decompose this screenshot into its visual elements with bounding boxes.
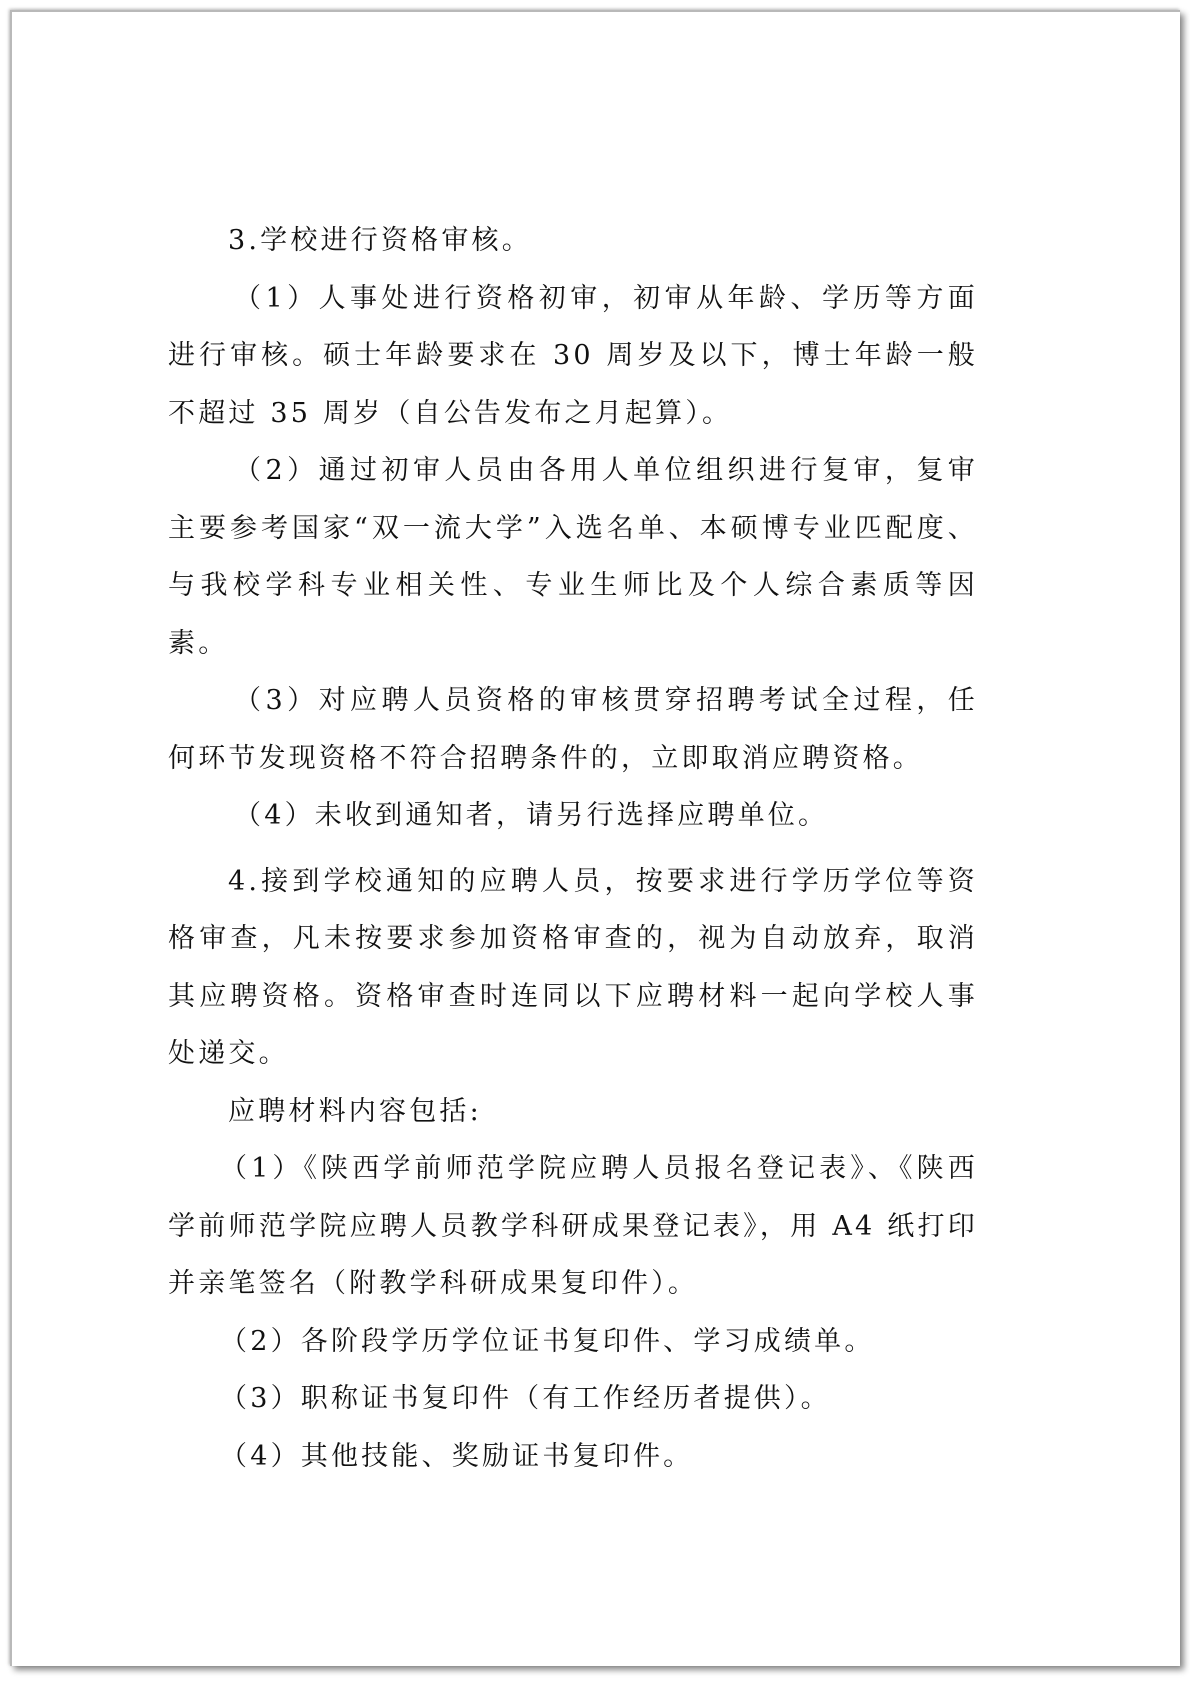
document-page: 3.学校进行资格审核。 （1）人事处进行资格初审，初审从年龄、学历等方面进行审核… xyxy=(10,10,1180,1666)
materials-item-2: （2）各阶段学历学位证书复印件、学习成绩单。 xyxy=(168,1313,978,1371)
materials-item-3: （3）职称证书复印件（有工作经历者提供）。 xyxy=(168,1370,978,1428)
document-body: 3.学校进行资格审核。 （1）人事处进行资格初审，初审从年龄、学历等方面进行审核… xyxy=(168,212,978,1485)
materials-intro: 应聘材料内容包括: xyxy=(168,1083,978,1141)
section-3-item-3: （3）对应聘人员资格的审核贯穿招聘考试全过程，任何环节发现资格不符合招聘条件的，… xyxy=(168,672,978,787)
section-3-heading: 3.学校进行资格审核。 xyxy=(168,212,978,270)
section-4-paragraph: 4.接到学校通知的应聘人员，按要求进行学历学位等资格审查，凡未按要求参加资格审查… xyxy=(168,853,978,1083)
materials-item-4: （4）其他技能、奖励证书复印件。 xyxy=(168,1428,978,1486)
section-3-item-2: （2）通过初审人员由各用人单位组织进行复审，复审主要参考国家“双一流大学”入选名… xyxy=(168,442,978,672)
section-3-item-4: （4）未收到通知者，请另行选择应聘单位。 xyxy=(168,787,978,845)
section-3-item-1: （1）人事处进行资格初审，初审从年龄、学历等方面进行审核。硕士年龄要求在 30 … xyxy=(168,270,978,443)
materials-item-1: （1）《陕西学前师范学院应聘人员报名登记表》、《陕西学前师范学院应聘人员教学科研… xyxy=(168,1140,978,1313)
